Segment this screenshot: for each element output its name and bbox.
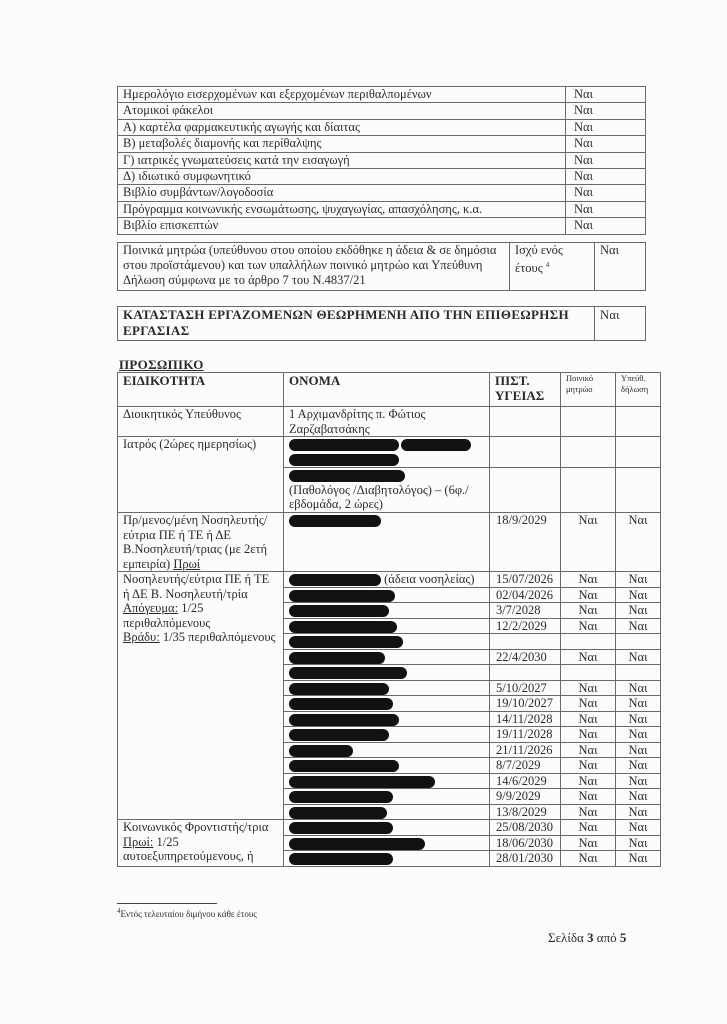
- checklist-value: Ναι: [566, 119, 646, 135]
- nurse-name-redacted: [284, 603, 490, 619]
- declaration-status: Ναι: [616, 618, 661, 634]
- carer-specialty: Κοινωνικός Φροντιστής/τρια Πρωί: 1/25 αυ…: [118, 820, 284, 867]
- declaration-status: Ναι: [616, 820, 661, 836]
- header-health-cert: ΠΙΣΤ. ΥΓΕΙΑΣ: [490, 373, 561, 407]
- checklist-item: Δ) ιδιωτικό συμφωνητικό: [118, 168, 566, 184]
- staff-table: ΕΙΔΙΚΟΤΗΤΑ ΟΝΟΜΑ ΠΙΣΤ. ΥΓΕΙΑΣ Ποινικό μη…: [117, 372, 661, 867]
- checklist-table: Ημερολόγιο εισερχομένων και εξερχομένων …: [117, 86, 646, 235]
- criminal-record-status: Ναι: [561, 851, 616, 867]
- health-cert-date: 15/07/2026: [490, 572, 561, 588]
- criminal-record-status: Ναι: [561, 835, 616, 851]
- head-nurse-specialty: Πρ/μενος/μένη Νοσηλευτής/εύτρια ΠΕ ή ΤΕ …: [118, 513, 284, 572]
- carer-name-redacted: [284, 835, 490, 851]
- labor-status-table: ΚΑΤΑΣΤΑΣΗ ΕΡΓΑΖΟΜΕΝΩΝ ΘΕΩΡΗΜΕΝΗ ΑΠΟ ΤΗΝ …: [117, 306, 646, 341]
- criminal-record-status: Ναι: [561, 742, 616, 758]
- criminal-record-status: Ναι: [561, 572, 616, 588]
- declaration-status: Ναι: [616, 773, 661, 789]
- checklist-item: Β) μεταβολές διαμονής και περίθαλψης: [118, 136, 566, 152]
- health-cert-date: 19/10/2027: [490, 696, 561, 712]
- nurse-name-redacted: [284, 727, 490, 743]
- health-cert-date: 14/11/2028: [490, 711, 561, 727]
- nurse-name-redacted: [284, 680, 490, 696]
- header-criminal-record: Ποινικό μητρώο: [561, 373, 616, 407]
- checklist-item: Πρόγραμμα κοινωνικής ενσωμάτωσης, ψυχαγω…: [118, 201, 566, 217]
- redacted-name: [289, 470, 405, 482]
- health-cert-date: 25/08/2030: [490, 820, 561, 836]
- declaration-status: Ναι: [616, 649, 661, 665]
- declaration-status: Ναι: [616, 603, 661, 619]
- health-cert-date: 21/11/2026: [490, 742, 561, 758]
- health-cert-date: 5/10/2027: [490, 680, 561, 696]
- criminal-record-status: Ναι: [561, 680, 616, 696]
- document-page: Ημερολόγιο εισερχομένων και εξερχομένων …: [0, 0, 727, 1024]
- checklist-item: Βιβλίο επισκεπτών: [118, 218, 566, 234]
- admin-specialty: Διοικητικός Υπεύθυνος: [118, 407, 284, 437]
- criminal-record-status: Ναι: [561, 649, 616, 665]
- criminal-record-status: [561, 634, 616, 650]
- declaration-status: Ναι: [616, 711, 661, 727]
- table-row: Ιατρός (2ώρες ημερησίως): [118, 437, 661, 468]
- table-row: Διοικητικός Υπεύθυνος 1 Αρχιμανδρίτης π.…: [118, 407, 661, 437]
- declaration-status: [616, 665, 661, 681]
- criminal-record-status: Ναι: [561, 820, 616, 836]
- checklist-value: Ναι: [566, 152, 646, 168]
- declaration-status: Ναι: [616, 789, 661, 805]
- checklist-item: Ημερολόγιο εισερχομένων και εξερχομένων …: [118, 87, 566, 103]
- nurse-specialty: Νοσηλευτής/εύτρια ΠΕ ή ΤΕ ή ΔΕ Β. Νοσηλε…: [118, 572, 284, 820]
- checklist-value: Ναι: [566, 168, 646, 184]
- table-row: Δ) ιδιωτικό συμφωνητικό Ναι: [118, 168, 646, 184]
- criminal-record-status: Ναι: [561, 696, 616, 712]
- declaration-status: Ναι: [616, 804, 661, 820]
- health-cert-date: 9/9/2029: [490, 789, 561, 805]
- header-name: ΟΝΟΜΑ: [284, 373, 490, 407]
- table-row: Β) μεταβολές διαμονής και περίθαλψης Ναι: [118, 136, 646, 152]
- footnote: 4Εντός τελευταίου διμήνου κάθε έτους: [117, 907, 257, 919]
- staff-header-row: ΕΙΔΙΚΟΤΗΤΑ ΟΝΟΜΑ ΠΙΣΤ. ΥΓΕΙΑΣ Ποινικό μη…: [118, 373, 661, 407]
- criminal-record-status: Ναι: [561, 804, 616, 820]
- table-row: Κοινωνικός Φροντιστής/τρια Πρωί: 1/25 αυ…: [118, 820, 661, 836]
- declaration-status: Ναι: [616, 680, 661, 696]
- admin-name: 1 Αρχιμανδρίτης π. Φώτιος Ζαρζαβατσάκης: [284, 407, 490, 437]
- nurse-name-redacted: [284, 789, 490, 805]
- criminal-record-status: Ναι: [561, 758, 616, 774]
- checklist-item: Α) καρτέλα φαρμακευτικής αγωγής και δίαι…: [118, 119, 566, 135]
- declaration-status: Ναι: [616, 696, 661, 712]
- table-row: Ατομικοί φάκελοι Ναι: [118, 103, 646, 119]
- criminal-records-table: Ποινικά μητρώα (υπεύθυνου στου οποίου εκ…: [117, 242, 646, 291]
- doctor-name-redacted: [284, 437, 490, 468]
- checklist-value: Ναι: [566, 218, 646, 234]
- table-row: Γ) ιατρικές γνωματεύσεις κατά την εισαγω…: [118, 152, 646, 168]
- health-cert-date: 13/8/2029: [490, 804, 561, 820]
- table-row: Α) καρτέλα φαρμακευτικής αγωγής και δίαι…: [118, 119, 646, 135]
- staff-section-title: ΠΡΟΣΩΠΙΚΟ: [119, 357, 204, 373]
- table-row: Βιβλίο επισκεπτών Ναι: [118, 218, 646, 234]
- nurse-name-redacted: [284, 773, 490, 789]
- criminal-records-text: Ποινικά μητρώα (υπεύθυνου στου οποίου εκ…: [118, 243, 510, 291]
- table-row: Βιβλίο συμβάντων/λογοδοσία Ναι: [118, 185, 646, 201]
- health-cert-date: 02/04/2026: [490, 587, 561, 603]
- health-cert-date: 18/06/2030: [490, 835, 561, 851]
- page-number: Σελίδα 3 από 5: [548, 930, 626, 946]
- nurse-name-redacted: [284, 649, 490, 665]
- criminal-record-status: Ναι: [561, 618, 616, 634]
- carer-name-redacted: [284, 820, 490, 836]
- declaration-status: Ναι: [616, 727, 661, 743]
- criminal-record-status: Ναι: [561, 711, 616, 727]
- head-nurse-name-redacted: [284, 513, 490, 572]
- health-cert-date: 19/11/2028: [490, 727, 561, 743]
- labor-status-value: Ναι: [595, 307, 646, 341]
- health-cert-date: 14/6/2029: [490, 773, 561, 789]
- criminal-records-validity: Ισχύ ενός έτους 4: [510, 243, 595, 291]
- criminal-records-value: Ναι: [595, 243, 646, 291]
- nurse-name: (άδεια νοσηλείας): [284, 572, 490, 588]
- criminal-record-status: Ναι: [561, 789, 616, 805]
- criminal-record-status: Ναι: [561, 773, 616, 789]
- checklist-item: Γ) ιατρικές γνωματεύσεις κατά την εισαγω…: [118, 152, 566, 168]
- nurse-name-redacted: [284, 587, 490, 603]
- checklist-item: Ατομικοί φάκελοι: [118, 103, 566, 119]
- nurse-name-redacted: [284, 634, 490, 650]
- health-cert-date: 8/7/2029: [490, 758, 561, 774]
- nurse-name-redacted: [284, 696, 490, 712]
- nurse-name-redacted: [284, 711, 490, 727]
- checklist-item: Βιβλίο συμβάντων/λογοδοσία: [118, 185, 566, 201]
- table-row: Ημερολόγιο εισερχομένων και εξερχομένων …: [118, 87, 646, 103]
- nurse-name-redacted: [284, 618, 490, 634]
- criminal-record-status: Ναι: [561, 727, 616, 743]
- declaration-status: Ναι: [616, 851, 661, 867]
- checklist-value: Ναι: [566, 185, 646, 201]
- nurse-name-redacted: [284, 758, 490, 774]
- health-cert-date: 3/7/2028: [490, 603, 561, 619]
- criminal-record-status: Ναι: [561, 587, 616, 603]
- nurse-name-redacted: [284, 804, 490, 820]
- declaration-status: Ναι: [616, 742, 661, 758]
- health-cert-date: 22/4/2030: [490, 649, 561, 665]
- checklist-value: Ναι: [566, 103, 646, 119]
- checklist-value: Ναι: [566, 87, 646, 103]
- checklist-value: Ναι: [566, 136, 646, 152]
- table-row: Πρόγραμμα κοινωνικής ενσωμάτωσης, ψυχαγω…: [118, 201, 646, 217]
- declaration-status: Ναι: [616, 758, 661, 774]
- header-specialty: ΕΙΔΙΚΟΤΗΤΑ: [118, 373, 284, 407]
- criminal-record-status: [561, 665, 616, 681]
- carer-name-redacted: [284, 851, 490, 867]
- nurse-name-redacted: [284, 665, 490, 681]
- footnote-divider: [117, 903, 217, 904]
- declaration-status: [616, 634, 661, 650]
- declaration-status: Ναι: [616, 572, 661, 588]
- header-declaration: Υπεύθ. δήλωση: [616, 373, 661, 407]
- labor-status-text: ΚΑΤΑΣΤΑΣΗ ΕΡΓΑΖΟΜΕΝΩΝ ΘΕΩΡΗΜΕΝΗ ΑΠΟ ΤΗΝ …: [118, 307, 595, 341]
- criminal-record-status: Ναι: [561, 603, 616, 619]
- nurse-name-redacted: [284, 742, 490, 758]
- table-row: Πρ/μενος/μένη Νοσηλευτής/εύτρια ΠΕ ή ΤΕ …: [118, 513, 661, 572]
- doctor-2-name: (Παθολόγος /Διαβητολόγος) – (6φ./εβδομάδ…: [284, 468, 490, 513]
- health-cert-date: 28/01/2030: [490, 851, 561, 867]
- checklist-value: Ναι: [566, 201, 646, 217]
- declaration-status: Ναι: [616, 587, 661, 603]
- health-cert-date: 12/2/2029: [490, 618, 561, 634]
- health-cert-date: [490, 634, 561, 650]
- table-row: Νοσηλευτής/εύτρια ΠΕ ή ΤΕ ή ΔΕ Β. Νοσηλε…: [118, 572, 661, 588]
- doctor-specialty: Ιατρός (2ώρες ημερησίως): [118, 437, 284, 513]
- declaration-status: Ναι: [616, 835, 661, 851]
- health-cert-date: [490, 665, 561, 681]
